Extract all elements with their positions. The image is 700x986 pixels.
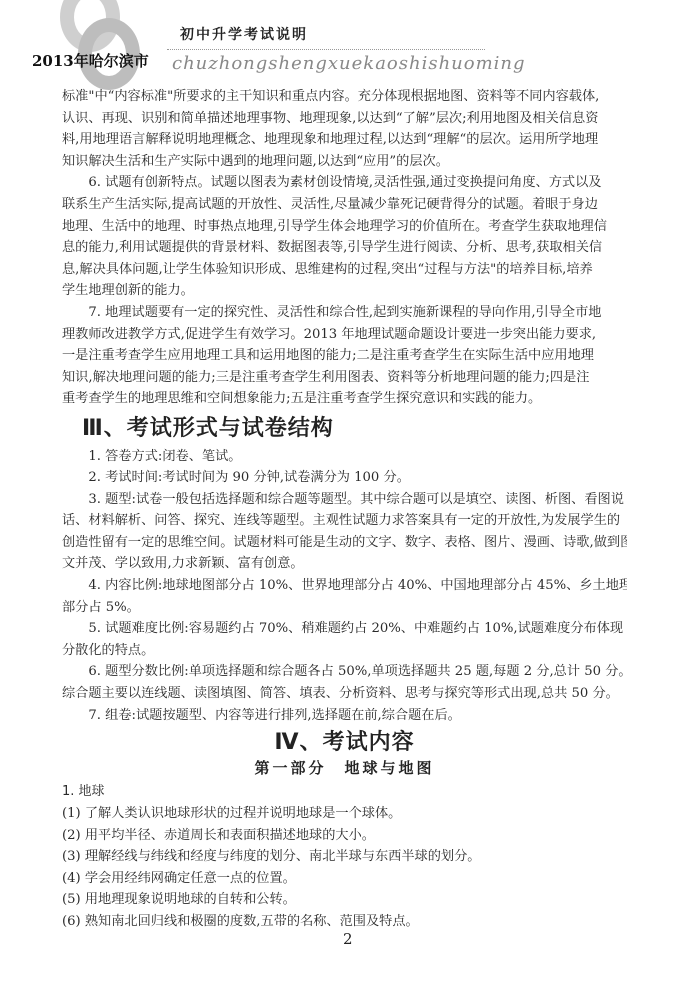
text-line: 地理、生活中的地理、时事热点地理,引导学生体会地理学习的价值所在。考查学生获取地… — [62, 216, 627, 238]
list-item: 3. 题型:试卷一般包括选择题和综合题等题型。其中综合题可以是填空、读图、析图、… — [62, 489, 627, 575]
text-line: 学生地理创新的能力。 — [62, 280, 627, 302]
list-item: 5. 试题难度比例:容易题约占 70%、稍难题约占 20%、中难题约占 10%,… — [62, 618, 627, 661]
text-line: 理教师改进教学方式,促进学生有效学习。2013 年地理试题命题设计要进一步突出能… — [62, 324, 627, 346]
text-line: 7. 地理试题要有一定的探究性、灵活性和综合性,起到实施新课程的导向作用,引导全… — [62, 302, 627, 324]
text-line: 息,解决具体问题,让学生体验知识形成、思维建构的过程,突出“过程与方法"的培养目… — [62, 259, 627, 281]
list-item: (2) 用平均半径、赤道周长和表面积描述地球的大小。 — [62, 825, 627, 847]
list-item: 4. 内容比例:地球地图部分占 10%、世界地理部分占 40%、中国地理部分占 … — [62, 575, 627, 618]
text-line: 1. 答卷方式:闭卷、笔试。 — [62, 446, 627, 468]
intro-paragraph: 标准"中“内容标准"所要求的主干知识和重点内容。充分体现根据地图、资料等不同内容… — [62, 86, 627, 172]
paragraph-7: 7. 地理试题要有一定的探究性、灵活性和综合性,起到实施新课程的导向作用,引导全… — [62, 302, 627, 410]
text-line: 话、材料解析、问答、探究、连线等题型。主观性试题力求答案具有一定的开放性,为发展… — [62, 510, 627, 532]
section-3-list: 1. 答卷方式:闭卷、笔试。 2. 考试时间:考试时间为 90 分钟,试卷满分为… — [62, 446, 627, 727]
list-item: (4) 学会用经纬网确定任意一点的位置。 — [62, 868, 627, 890]
text-line: 7. 组卷:试题按题型、内容等进行排列,选择题在前,综合题在后。 — [62, 705, 627, 727]
text-line: 知识,解决地理问题的能力;三是注重考查学生利用图表、资料等分析地理问题的能力;四… — [62, 367, 627, 389]
text-line: 料,用地理语言解释说明地理概念、地理现象和地理过程,以达到“理解“的层次。运用所… — [62, 129, 627, 151]
list-item: 7. 组卷:试题按题型、内容等进行排列,选择题在前,综合题在后。 — [62, 705, 627, 727]
text-line: 创造性留有一定的思维空间。试题材料可能是生动的文字、数字、表格、图片、漫画、诗歌… — [62, 532, 627, 554]
header-divider — [167, 49, 485, 50]
page-number: 2 — [343, 930, 353, 948]
section-4-list: (1) 了解人类认识地球形状的过程并说明地球是一个球体。 (2) 用平均半径、赤… — [62, 803, 627, 933]
list-item: (5) 用地理现象说明地球的自转和公转。 — [62, 889, 627, 911]
list-item: 2. 考试时间:考试时间为 90 分钟,试卷满分为 100 分。 — [62, 467, 627, 489]
paragraph-6: 6. 试题有创新特点。试题以图表为素材创设情境,灵活性强,通过变换提问角度、方式… — [62, 172, 627, 302]
series-title: 初中升学考试说明 — [180, 24, 308, 44]
text-line: 文并茂、学以致用,力求新颖、富有创意。 — [62, 553, 627, 575]
text-line: 知识解决生活和生产实际中遇到的地理问题,以达到“应用”的层次。 — [62, 151, 627, 173]
text-line: 认识、再现、识别和简单描述地理事物、地理现象,以达到“了解”层次;利用地图及相关… — [62, 108, 627, 130]
series-pinyin: chuzhongshengxuekaoshishuoming — [172, 53, 526, 74]
topic-heading: 1. 地球 — [62, 781, 627, 803]
text-line: 息的能力,利用试题提供的背景材料、数据图表等,引导学生进行阅读、分析、思考,获取… — [62, 237, 627, 259]
text-line: 联系生产生活实际,提高试题的开放性、灵活性,尽量减少靠死记硬背得分的试题。着眼于… — [62, 194, 627, 216]
list-item: (1) 了解人类认识地球形状的过程并说明地球是一个球体。 — [62, 803, 627, 825]
text-line: 3. 题型:试卷一般包括选择题和综合题等题型。其中综合题可以是填空、读图、析图、… — [62, 489, 627, 511]
text-line: 部分占 5%。 — [62, 597, 627, 619]
list-item: 1. 答卷方式:闭卷、笔试。 — [62, 446, 627, 468]
section-4-heading: Ⅳ、考试内容 — [62, 732, 627, 754]
text-line: 4. 内容比例:地球地图部分占 10%、世界地理部分占 40%、中国地理部分占 … — [62, 575, 627, 597]
text-line: 6. 题型分数比例:单项选择题和综合题各占 50%,单项选择题共 25 题,每题… — [62, 661, 627, 683]
text-line: 综合题主要以连线题、读图填图、简答、填表、分析资料、思考与探究等形式出现,总共 … — [62, 683, 627, 705]
list-item: 6. 题型分数比例:单项选择题和综合题各占 50%,单项选择题共 25 题,每题… — [62, 661, 627, 704]
city-year-label: 2013年哈尔滨市 — [32, 50, 149, 71]
section-3-heading: Ⅲ、考试形式与试卷结构 — [82, 418, 627, 440]
page-body: 标准"中“内容标准"所要求的主干知识和重点内容。充分体现根据地图、资料等不同内容… — [62, 86, 627, 933]
text-line: 2. 考试时间:考试时间为 90 分钟,试卷满分为 100 分。 — [62, 467, 627, 489]
text-line: 一是注重考查学生应用地理工具和运用地图的能力;二是注重考查学生在实际生活中应用地… — [62, 345, 627, 367]
text-line: 分散化的特点。 — [62, 640, 627, 662]
text-line: 标准"中“内容标准"所要求的主干知识和重点内容。充分体现根据地图、资料等不同内容… — [62, 86, 627, 108]
part-title: 第一部分 地球与地图 — [62, 758, 627, 780]
text-line: 6. 试题有创新特点。试题以图表为素材创设情境,灵活性强,通过变换提问角度、方式… — [62, 172, 627, 194]
list-item: (3) 理解经线与纬线和经度与纬度的划分、南北半球与东西半球的划分。 — [62, 846, 627, 868]
text-line: 5. 试题难度比例:容易题约占 70%、稍难题约占 20%、中难题约占 10%,… — [62, 618, 627, 640]
text-line: 重考查学生的地理思维和空间想象能力;五是注重考查学生探究意识和实践的能力。 — [62, 388, 627, 410]
page-header: 2013年哈尔滨市 初中升学考试说明 chuzhongshengxuekaosh… — [0, 0, 700, 90]
